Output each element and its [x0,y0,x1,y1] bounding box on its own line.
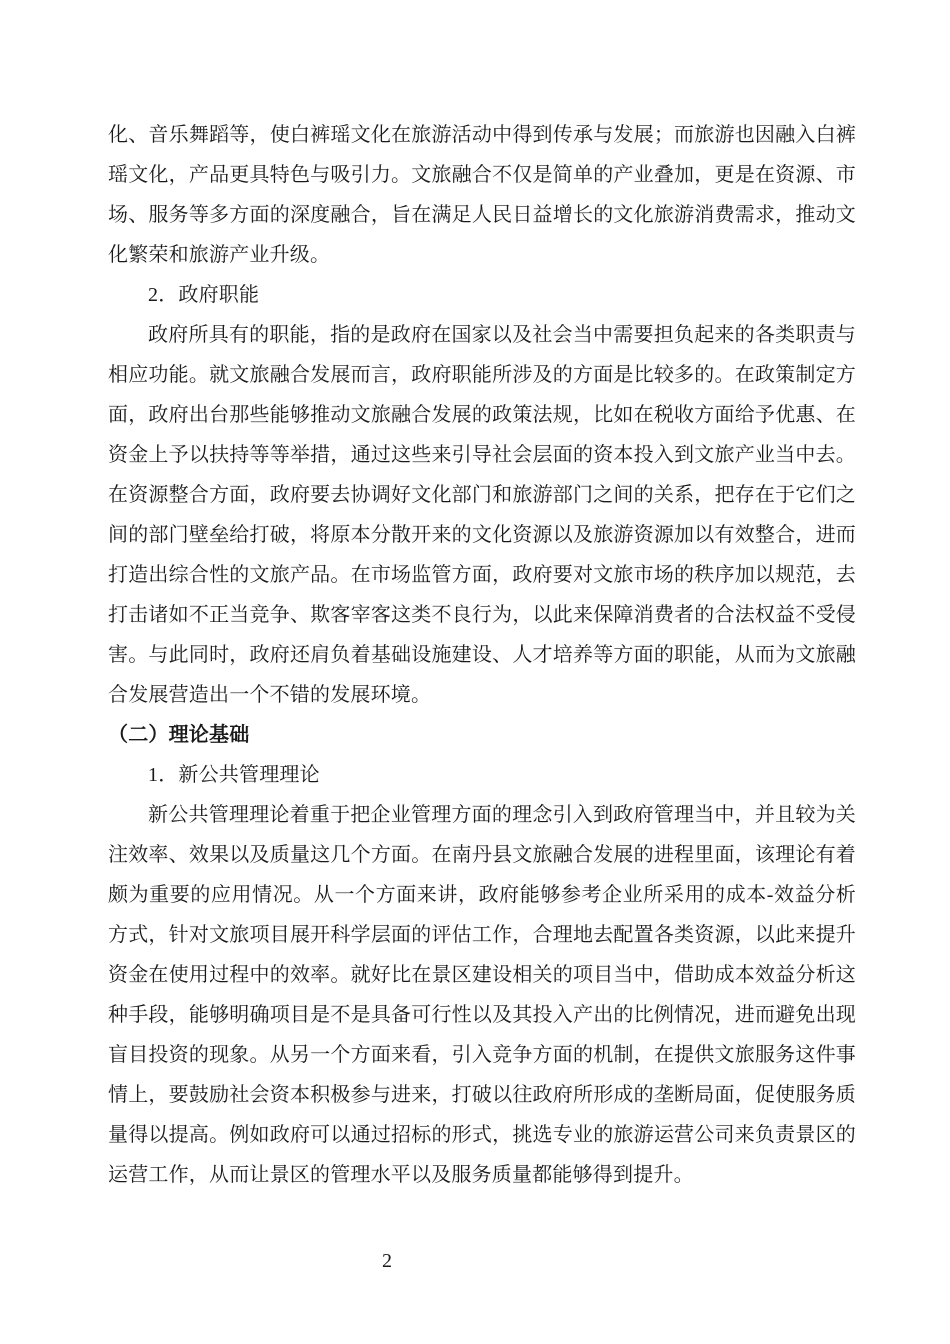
text-line: 运营工作，从而让景区的管理水平以及服务质量都能够得到提升。 [108,1155,856,1195]
text-line: 情上，要鼓励社会资本积极参与进来，打破以往政府所形成的垄断局面，促使服务质 [108,1075,856,1115]
text-line: 间的部门壁垒给打破，将原本分散开来的文化资源以及旅游资源加以有效整合，进而 [108,515,856,555]
heading-theoretical-basis: （二）理论基础 [108,715,856,755]
section-heading-text: （二）理论基础 [108,715,856,755]
text-line: 量得以提高。例如政府可以通过招标的形式，挑选专业的旅游运营公司来负责景区的 [108,1115,856,1155]
text-line: 相应功能。就文旅融合发展而言，政府职能所涉及的方面是比较多的。在政策制定方 [108,355,856,395]
text-line: 打击诸如不正当竞争、欺客宰客这类不良行为，以此来保障消费者的合法权益不受侵 [108,595,856,635]
text-line: 化、音乐舞蹈等，使白裤瑶文化在旅游活动中得到传承与发展；而旅游也因融入白裤 [108,115,856,155]
numbered-item-text: 1．新公共管理理论 [108,755,856,795]
text-line: 盲目投资的现象。从另一个方面来看，引入竞争方面的机制，在提供文旅服务这件事 [108,1035,856,1075]
paragraph-continued-from-previous-page: 化、音乐舞蹈等，使白裤瑶文化在旅游活动中得到传承与发展；而旅游也因融入白裤瑶文化… [108,115,856,275]
text-line: 资金在使用过程中的效率。就好比在景区建设相关的项目当中，借助成本效益分析这 [108,955,856,995]
text-line: 新公共管理理论着重于把企业管理方面的理念引入到政府管理当中，并且较为关 [108,795,856,835]
text-line: 害。与此同时，政府还肩负着基础设施建设、人才培养等方面的职能，从而为文旅融 [108,635,856,675]
text-line: 资金上予以扶持等等举措，通过这些来引导社会层面的资本投入到文旅产业当中去。 [108,435,856,475]
document-body: 化、音乐舞蹈等，使白裤瑶文化在旅游活动中得到传承与发展；而旅游也因融入白裤瑶文化… [108,115,856,1195]
text-line: 在资源整合方面，政府要去协调好文化部门和旅游部门之间的关系，把存在于它们之 [108,475,856,515]
paragraph-new-public-management: 新公共管理理论着重于把企业管理方面的理念引入到政府管理当中，并且较为关注效率、效… [108,795,856,1195]
text-line: 打造出综合性的文旅产品。在市场监管方面，政府要对文旅市场的秩序加以规范，去 [108,555,856,595]
document-page: 化、音乐舞蹈等，使白裤瑶文化在旅游活动中得到传承与发展；而旅游也因融入白裤瑶文化… [0,0,950,1344]
numbered-item-text: 2．政府职能 [108,275,856,315]
text-line: 场、服务等多方面的深度融合，旨在满足人民日益增长的文化旅游消费需求，推动文 [108,195,856,235]
text-line: 政府所具有的职能，指的是政府在国家以及社会当中需要担负起来的各类职责与 [108,315,856,355]
text-line: 合发展营造出一个不错的发展环境。 [108,675,856,715]
text-line: 面，政府出台那些能够推动文旅融合发展的政策法规，比如在税收方面给予优惠、在 [108,395,856,435]
text-line: 颇为重要的应用情况。从一个方面来讲，政府能够参考企业所采用的成本-效益分析的 [108,875,856,915]
text-line: 瑶文化，产品更具特色与吸引力。文旅融合不仅是简单的产业叠加，更是在资源、市 [108,155,856,195]
text-line: 种手段，能够明确项目是不是具备可行性以及其投入产出的比例情况，进而避免出现 [108,995,856,1035]
footer-page-number: 2 [382,1249,392,1273]
numbered-item-2-government-functions: 2．政府职能 [108,275,856,315]
text-line: 注效率、效果以及质量这几个方面。在南丹县文旅融合发展的进程里面，该理论有着 [108,835,856,875]
text-line: 化繁荣和旅游产业升级。 [108,235,856,275]
numbered-item-1-new-public-management: 1．新公共管理理论 [108,755,856,795]
text-line: 方式，针对文旅项目展开科学层面的评估工作，合理地去配置各类资源，以此来提升 [108,915,856,955]
paragraph-government-functions: 政府所具有的职能，指的是政府在国家以及社会当中需要担负起来的各类职责与相应功能。… [108,315,856,715]
